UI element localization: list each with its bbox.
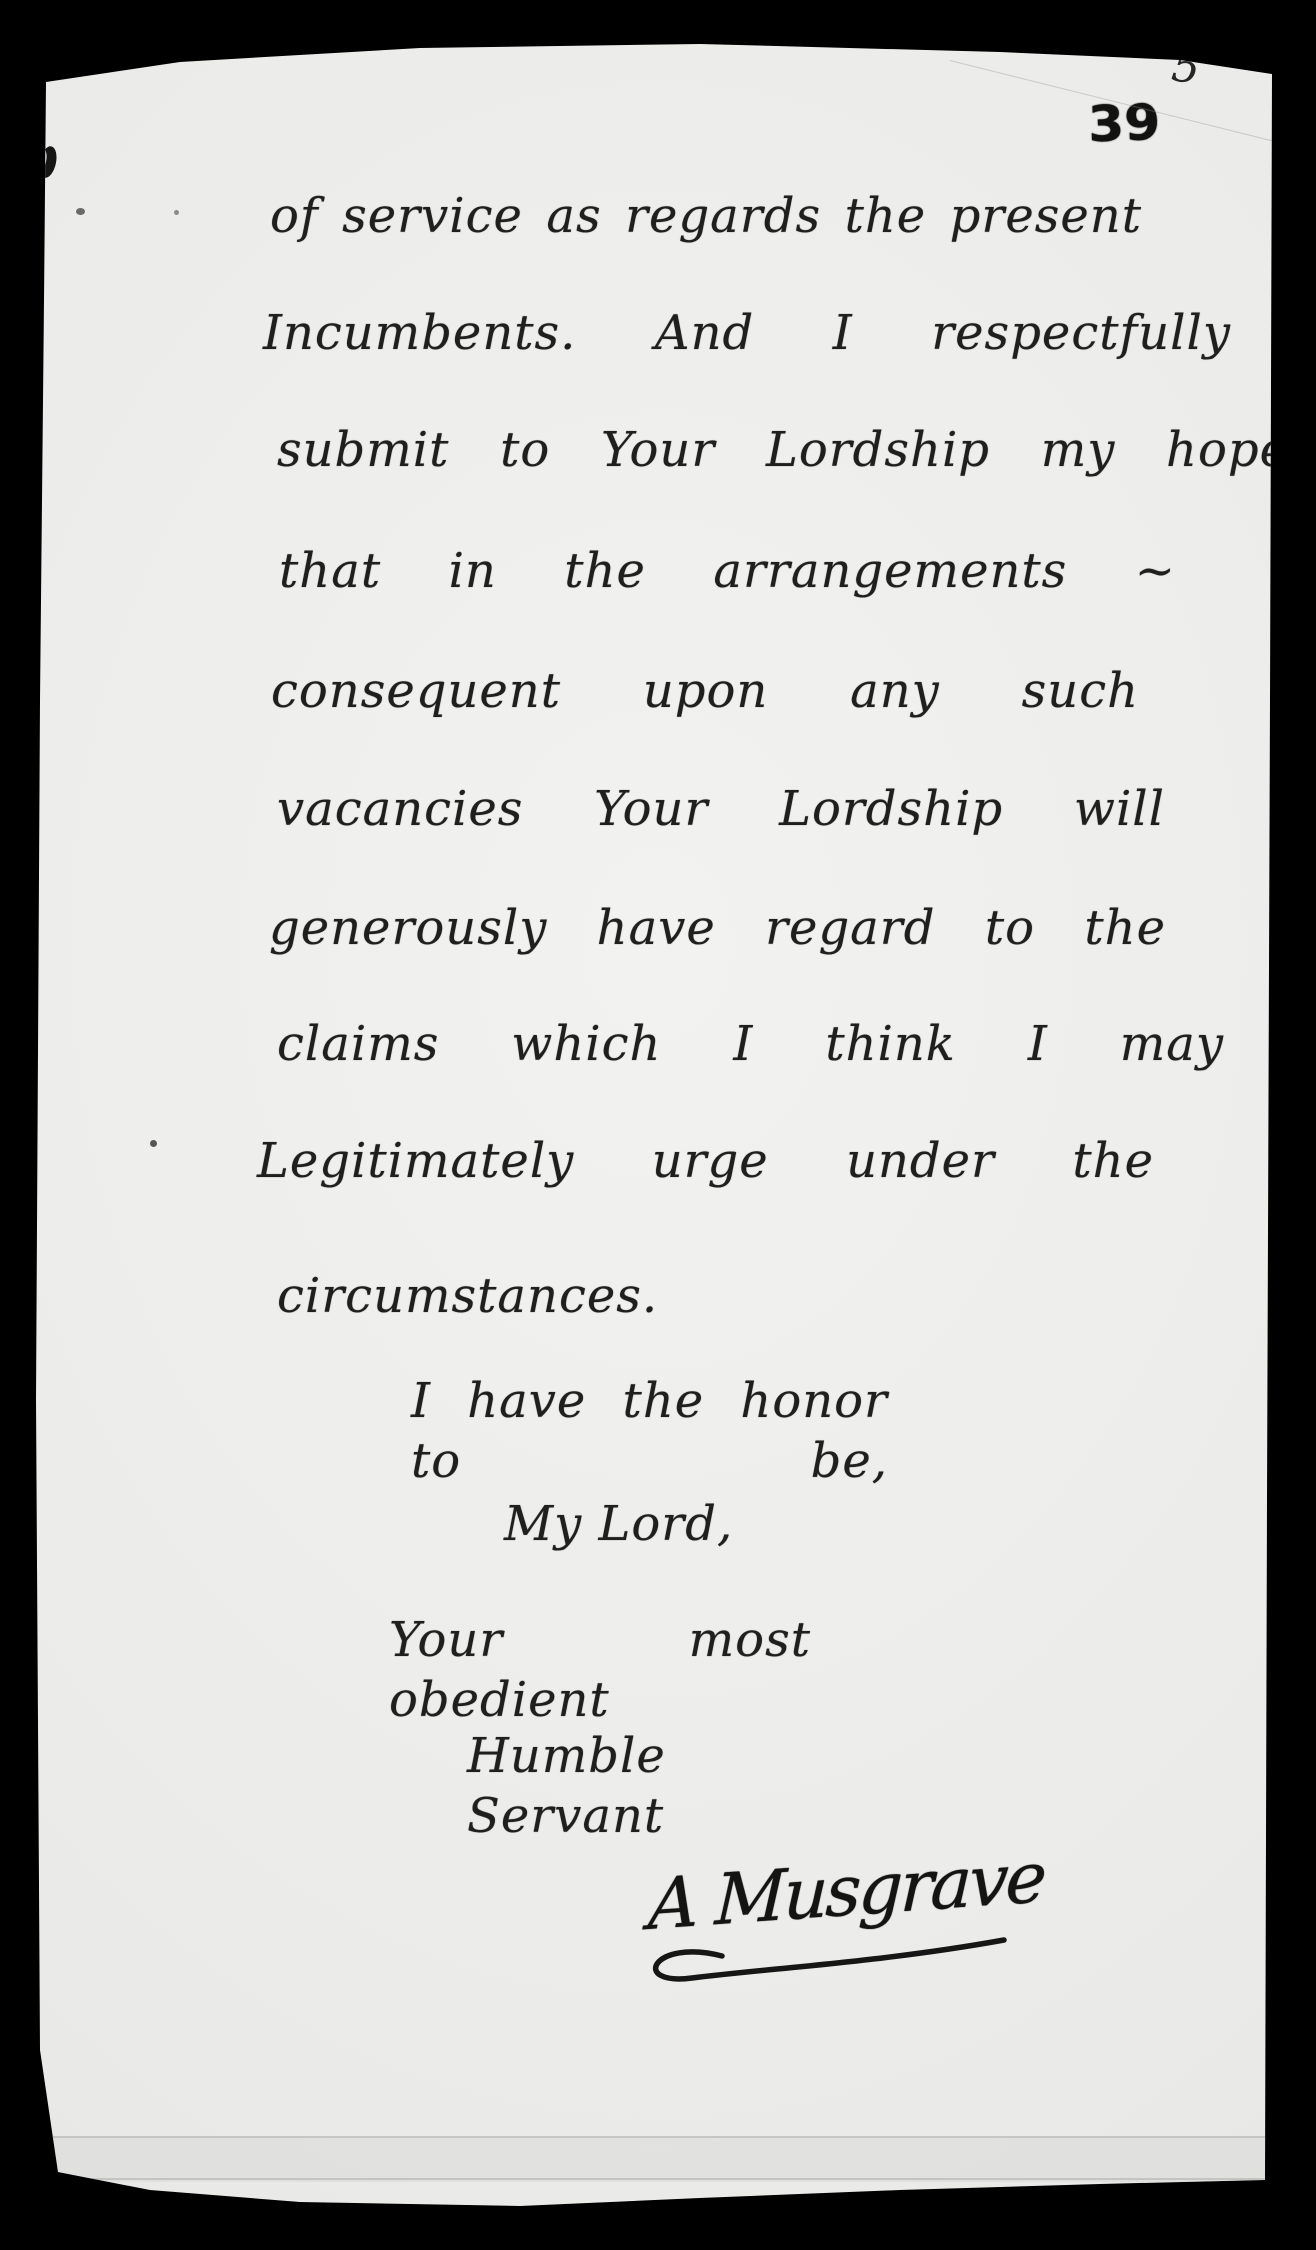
letter-line: that in the arrangements ~: [279, 541, 1176, 601]
letter-line: generously have regard to the: [269, 898, 1166, 958]
letter-line: consequent upon any such: [271, 661, 1139, 721]
scan-line: [40, 2178, 1268, 2180]
paper-speck: [174, 210, 179, 215]
closing-line: My Lord,: [504, 1494, 733, 1554]
letter-line: submit to Your Lordship my hope: [277, 420, 1289, 480]
paper-speck: [76, 208, 85, 215]
handwritten-folio-mark: 5: [1169, 40, 1203, 94]
paper-sheet: 5 39 of service as regards the present I…: [0, 0, 1316, 2250]
paper-speck: [150, 1140, 157, 1147]
scanned-letter-page: 5 39 of service as regards the present I…: [0, 0, 1316, 2250]
letter-line: circumstances.: [277, 1266, 658, 1326]
closing-line: I have the honor to be,: [411, 1371, 888, 1491]
letter-line: vacancies Your Lordship will: [277, 779, 1165, 839]
closing-line: Your most obedient: [389, 1610, 811, 1730]
letter-line: Legitimately urge under the: [257, 1131, 1154, 1191]
letter-line: Incumbents. And I respectfully: [263, 303, 1231, 363]
signature-flourish: [622, 1928, 1022, 2008]
scan-line: [40, 2136, 1268, 2138]
scan-band: [40, 2138, 1268, 2182]
ink-blot: [37, 145, 59, 180]
letter-line: of service as regards the present: [270, 186, 1142, 246]
closing-line: Humble Servant: [467, 1726, 774, 1846]
letter-line: claims which I think I may: [277, 1014, 1224, 1074]
